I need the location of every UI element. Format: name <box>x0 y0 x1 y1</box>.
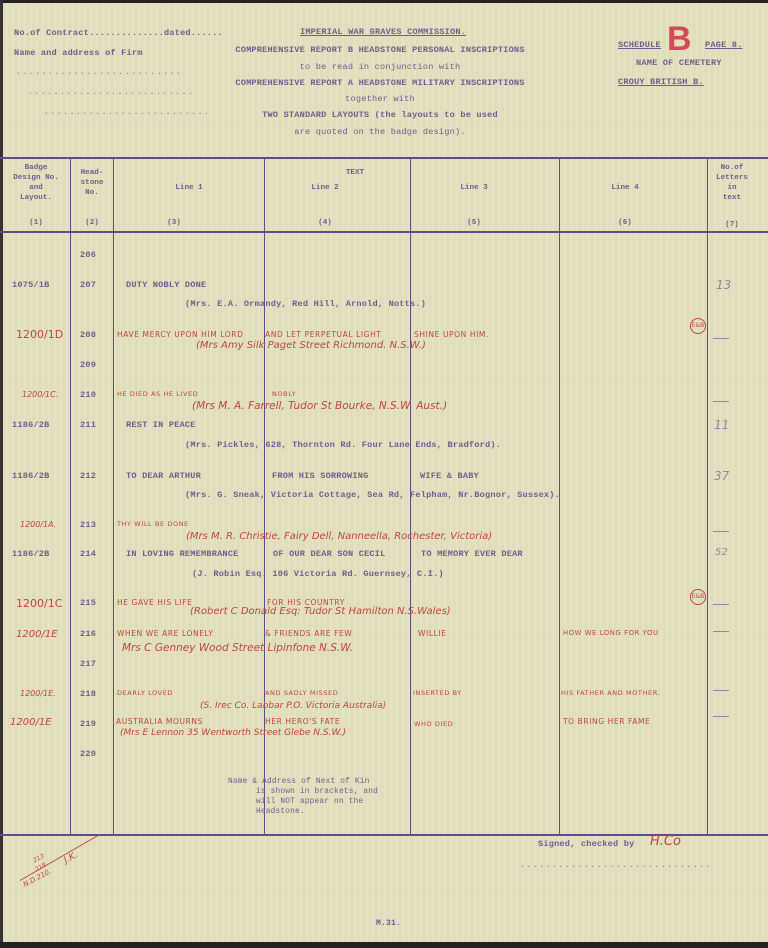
letters-216 <box>713 631 729 632</box>
line3-208: SHINE UPON HIM. <box>414 330 489 339</box>
firm-label: Name and address of Firm <box>14 48 143 58</box>
kin-212: (Mrs. G. Sneak, Victoria Cottage, Sea Rd… <box>185 490 560 500</box>
firm-dots-3: .......................... <box>44 108 210 117</box>
col-header-line3: Line 3 <box>411 183 537 193</box>
kin-219: (Mrs E Lennon 35 Wentworth Street Glebe … <box>120 728 346 738</box>
badge-215: 1200/1C <box>16 597 62 610</box>
together-with-text: together with <box>345 94 415 104</box>
line1-215: HE GAVE HIS LIFE <box>117 598 193 607</box>
contract-label: No.of Contract..............dated...... <box>14 28 223 38</box>
col-header-badge: Badge Design No. and Layout. <box>4 163 68 203</box>
kin-210: (Mrs M. A. Farrell, Tudor St Bourke, N.S… <box>192 400 447 412</box>
line1-211: REST IN PEACE <box>126 420 196 430</box>
headstone-212: 212 <box>80 471 96 481</box>
line1-213: THY WILL BE DONE <box>117 520 189 528</box>
line3-218: INSERTED BY <box>413 689 462 697</box>
stamp-208: E&B <box>690 318 706 334</box>
col-divider-1 <box>70 158 71 835</box>
kin-213: (Mrs M. R. Christie, Fairy Dell, Nanneel… <box>186 531 492 542</box>
headstone-220: 220 <box>80 749 96 759</box>
col-header-line2: Line 2 <box>265 183 385 193</box>
col-num-7: (7) <box>708 220 756 230</box>
report-a-title: COMPREHENSIVE REPORT A HEADSTONE MILITAR… <box>235 78 524 88</box>
line3-212: WIFE & BABY <box>420 471 479 481</box>
line3-214: TO MEMORY EVER DEAR <box>421 549 523 559</box>
line1-208: HAVE MERCY UPON HIM LORD <box>117 330 243 339</box>
col-num-4: (4) <box>265 218 385 228</box>
headstone-215: 215 <box>80 598 96 608</box>
headstone-211: 211 <box>80 420 96 430</box>
col-num-6: (6) <box>560 218 690 228</box>
line4-219: TO BRING HER FAME <box>563 717 650 726</box>
col-num-5: (5) <box>411 218 537 228</box>
col-header-letters: No.of Letters in text <box>708 163 756 203</box>
line1-218: DEARLY LOVED <box>117 689 173 697</box>
line1-219: AUSTRALIA MOURNS <box>116 717 203 726</box>
note-line-1: Name & Address of Next of Kin <box>228 778 370 786</box>
badge-216: 1200/1E <box>16 629 58 640</box>
col-divider-2 <box>113 158 114 835</box>
col-num-2: (2) <box>72 218 112 228</box>
line3-219: WHO DIED <box>414 720 453 728</box>
col-num-3: (3) <box>114 218 234 228</box>
letters-218 <box>713 690 729 691</box>
header-bottom-rule <box>0 231 768 233</box>
kin-211: (Mrs. Pickles, 628, Thornton Rd. Four La… <box>185 440 501 450</box>
schedule-label: SCHEDULE <box>618 40 661 50</box>
org-title: IMPERIAL WAR GRAVES COMMISSION. <box>300 27 466 37</box>
line4-216: HOW WE LONG FOR YOU <box>563 629 659 637</box>
report-b-title: COMPREHENSIVE REPORT B HEADSTONE PERSONA… <box>235 45 524 55</box>
letters-214: 52 <box>715 547 728 558</box>
headstone-218: 218 <box>80 689 96 699</box>
kin-208: (Mrs Amy Silk Paget Street Richmond. N.S… <box>196 340 426 351</box>
headstone-210: 210 <box>80 390 96 400</box>
badge-214: 1186/2B <box>12 549 50 559</box>
badge-219: 1200/1E <box>10 717 52 728</box>
headstone-214: 214 <box>80 549 96 559</box>
cemetery-label: NAME OF CEMETERY <box>636 58 722 68</box>
letters-213 <box>713 531 729 532</box>
headstone-213: 213 <box>80 520 96 530</box>
signed-label: Signed, checked by <box>538 839 634 849</box>
letters-219 <box>713 716 729 717</box>
col-header-line1: Line 1 <box>114 183 264 193</box>
firm-dots-1: .......................... <box>16 68 182 77</box>
headstone-219: 219 <box>80 719 96 729</box>
line2-208: AND LET PERPETUAL LIGHT <box>265 330 382 339</box>
line2-219: HER HERO'S FATE <box>265 717 340 726</box>
kin-218: (S. Irec Co. Labbar P.O. Victoria Austra… <box>200 701 386 711</box>
col-num-1: (1) <box>4 218 68 228</box>
read-with-text: to be read in conjunction with <box>300 62 461 72</box>
scan-edge-left <box>0 0 3 948</box>
checker-signature: H.Co <box>650 834 681 849</box>
line1-210: HE DIED AS HE LIVED <box>117 390 198 398</box>
line2-218: AND SADLY MISSED <box>265 689 338 697</box>
kin-216: Mrs C Genney Wood Street Lipinfone N.S.W… <box>122 642 353 654</box>
line1-212: TO DEAR ARTHUR <box>126 471 201 481</box>
kin-207: (Mrs. E.A. Ormandy, Red Hill, Arnold, No… <box>185 299 426 309</box>
scan-edge-top <box>0 0 768 3</box>
badge-211: 1186/2B <box>12 420 50 430</box>
firm-dots-2: .......................... <box>28 88 194 97</box>
signed-dots: .............................. <box>520 861 712 870</box>
note-line-3: will NOT appear on the <box>256 798 363 806</box>
letters-207: 13 <box>716 278 731 292</box>
line2-212: FROM HIS SORROWING <box>272 471 368 481</box>
line1-214: IN LOVING REMEMBRANCE <box>126 549 239 559</box>
headstone-216: 216 <box>80 629 96 639</box>
document-page: No.of Contract..............dated...... … <box>0 0 768 948</box>
page-number: PAGE 8. <box>705 40 743 50</box>
note-line-4: Headstone. <box>256 808 305 816</box>
badge-212: 1186/2B <box>12 471 50 481</box>
line3-216: WILLIE <box>418 629 447 638</box>
badge-213: 1200/1A. <box>20 520 56 529</box>
line2-214: OF OUR DEAR SON CECIL <box>273 549 386 559</box>
kin-214: (J. Robin Esq. 106 Victoria Rd. Guernsey… <box>192 569 444 579</box>
line1-216: WHEN WE ARE LONELY <box>117 629 214 638</box>
stamp-215: E&B <box>690 589 706 605</box>
kin-215: (Robert C Donald Esq: Tudor St Hamilton … <box>190 606 451 617</box>
col-header-headstone: Head- stone No. <box>72 168 112 198</box>
letters-210 <box>713 401 729 402</box>
badge-207: 1075/1B <box>12 280 50 290</box>
line1-207: DUTY NOBLY DONE <box>126 280 206 290</box>
letters-211: 11 <box>714 418 729 432</box>
headstone-207: 207 <box>80 280 96 290</box>
headstone-209: 209 <box>80 360 96 370</box>
line2-216: & FRIENDS ARE FEW <box>265 629 352 638</box>
layouts-text-1: TWO STANDARD LAYOUTS (the layouts to be … <box>262 110 498 120</box>
line4-218: HIS FATHER AND MOTHER. <box>561 689 660 697</box>
badge-218: 1200/1E. <box>20 689 56 698</box>
badge-210: 1200/1C. <box>22 390 58 399</box>
letters-215 <box>713 604 729 605</box>
form-number: M.31. <box>376 919 401 928</box>
line2-210: NOBLY <box>272 390 296 398</box>
headstone-206: 206 <box>80 250 96 260</box>
col-divider-6 <box>707 158 708 835</box>
table-top-rule <box>0 157 768 159</box>
headstone-217: 217 <box>80 659 96 669</box>
cemetery-name: CROUY BRITISH B. <box>618 77 704 87</box>
headstone-208: 208 <box>80 330 96 340</box>
text-super-header: TEXT <box>265 168 445 178</box>
letters-208 <box>713 338 729 339</box>
col-header-line4: Line 4 <box>560 183 690 193</box>
scan-edge-bottom <box>0 942 768 948</box>
letters-212: 37 <box>714 469 729 483</box>
note-line-2: is shown in brackets, and <box>256 788 378 796</box>
schedule-letter: B <box>667 20 692 59</box>
badge-208: 1200/1D <box>16 328 63 341</box>
layouts-text-2: are quoted on the badge design). <box>294 127 465 137</box>
